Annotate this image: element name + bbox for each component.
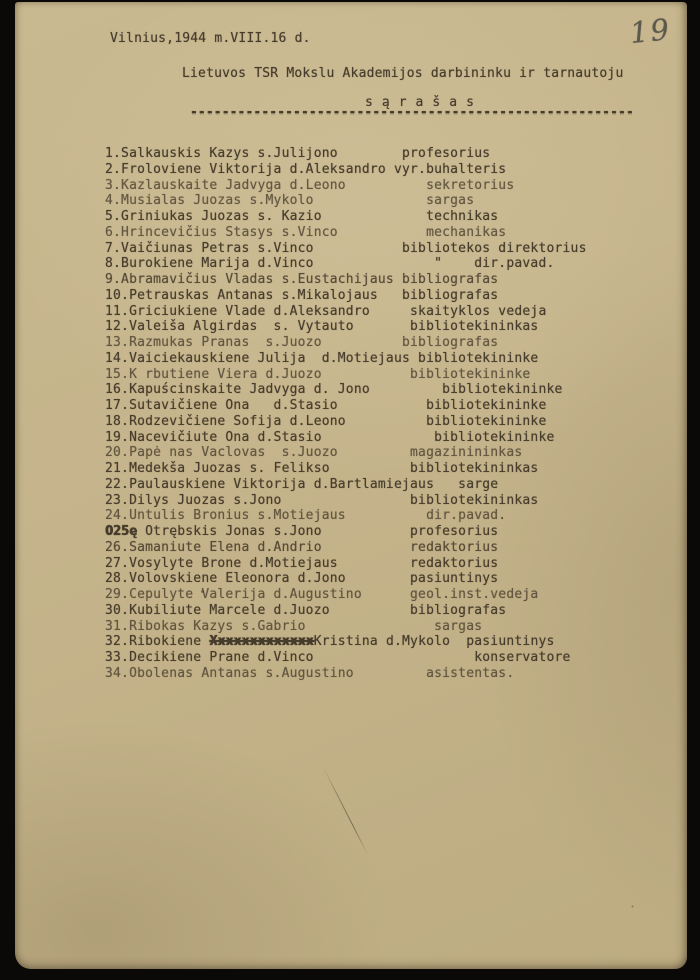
list-item: 11.Griciukiene Vlade d.Aleksandro skaity… xyxy=(105,304,587,320)
overtyped-number: O25ę xyxy=(105,524,137,539)
list-item: 19.Nacevičiute Ona d.Stasio bibliotekini… xyxy=(105,430,587,446)
list-item: 18.Rodzevičiene Sofija d.Leono bibliotek… xyxy=(105,414,587,430)
list-item: 23.Dilys Juozas s.Jono bibliotekininkas xyxy=(105,493,587,509)
list-item: 33.Decikiene Prane d.Vinco konservatore xyxy=(105,650,587,666)
document-page: Vilnius,1944 m.VIII.16 d. 19 Lietuvos TS… xyxy=(15,2,687,969)
list-item: 9.Abramavičius Vladas s.Eustachijaus bib… xyxy=(105,272,587,288)
list-item: 14.Vaiciekauskiene Julija d.Motiejaus bi… xyxy=(105,351,587,367)
list-item-text: 32.Ribokiene xyxy=(105,634,209,649)
list-item: 34.Obolenas Antanas s.Augustino asistent… xyxy=(105,666,587,682)
list-item: 5.Griniukas Juozas s. Kazio technikas xyxy=(105,209,587,225)
list-item: 22.Paulauskiene Viktorija d.Bartlamiejau… xyxy=(105,477,587,493)
list-item-overtyped: O25ę Otrębskis Jonas s.Jono profesorius xyxy=(105,524,587,540)
list-item: 7.Vaičiunas Petras s.Vinco bibliotekos d… xyxy=(105,241,587,257)
list-item: 2.Froloviene Viktorija d.Aleksandro vyr.… xyxy=(105,162,587,178)
list-item: 27.Vosylyte Brone d.Motiejaus redaktoriu… xyxy=(105,556,587,572)
date-line: Vilnius,1944 m.VIII.16 d. xyxy=(110,31,311,46)
list-item: 24.Untulis Bronius s.Motiejaus dir.pavad… xyxy=(105,508,587,524)
divider-line: ----------------------------------------… xyxy=(190,105,634,120)
staff-list: 1.Salkauskis Kazys s.Julijono profesoriu… xyxy=(105,146,587,682)
list-item: 10.Petrauskas Antanas s.Mikalojaus bibli… xyxy=(105,288,587,304)
list-item: 30.Kubiliute Marcele d.Juozo bibliografa… xyxy=(105,603,587,619)
list-item: 6.Hrincevičius Stasys s.Vinco mechanikas xyxy=(105,225,587,241)
list-item: 15.K rbutiene Viera d.Juozo bibliotekini… xyxy=(105,367,587,383)
list-item: 26.Samaniute Elena d.Andrio redaktorius xyxy=(105,540,587,556)
list-item: 31.Ribokas Kazys s.Gabrio sargas xyxy=(105,619,587,635)
list-item: 16.Kapuścinskaite Jadvyga d. Jono biblio… xyxy=(105,382,587,398)
list-item-text: Otrębskis Jonas s.Jono profesorius xyxy=(137,524,498,539)
list-item: 3.Kazlauskaite Jadvyga d.Leono sekretori… xyxy=(105,178,587,194)
list-item: 20.Papė nas Vaclovas s.Juozo magazininin… xyxy=(105,445,587,461)
document-title: Lietuvos TSR Mokslu Akademijos darbinink… xyxy=(182,66,623,81)
list-item: 1.Salkauskis Kazys s.Julijono profesoriu… xyxy=(105,146,587,162)
handwritten-page-number: 19 xyxy=(628,12,672,50)
struck-out-text: Xxxxxxxxxxxxx xyxy=(209,634,313,649)
list-item: 21.Medekša Juozas s. Felikso bibliotekin… xyxy=(105,461,587,477)
list-item: 4.Musialas Juozas s.Mykolo sargas xyxy=(105,193,587,209)
list-item: 17.Sutavičiene Ona d.Stasio bibliotekini… xyxy=(105,398,587,414)
list-item-with-strikeout: 32.Ribokiene XxxxxxxxxxxxxKristina d.Myk… xyxy=(105,634,587,650)
list-item: 28.Volovskiene Eleonora d.Jono pasiuntin… xyxy=(105,571,587,587)
list-item-text: Kristina d.Mykolo pasiuntinys xyxy=(314,634,555,649)
list-item: 8.Burokiene Marija d.Vinco " dir.pavad. xyxy=(105,256,587,272)
list-item: 12.Valeiša Algirdas s. Vytauto bibliotek… xyxy=(105,319,587,335)
list-item: 13.Razmukas Pranas s.Juozo bibliografas xyxy=(105,335,587,351)
list-item: 29.Cepulyte Valerija d.Augustino geol.in… xyxy=(105,587,587,603)
